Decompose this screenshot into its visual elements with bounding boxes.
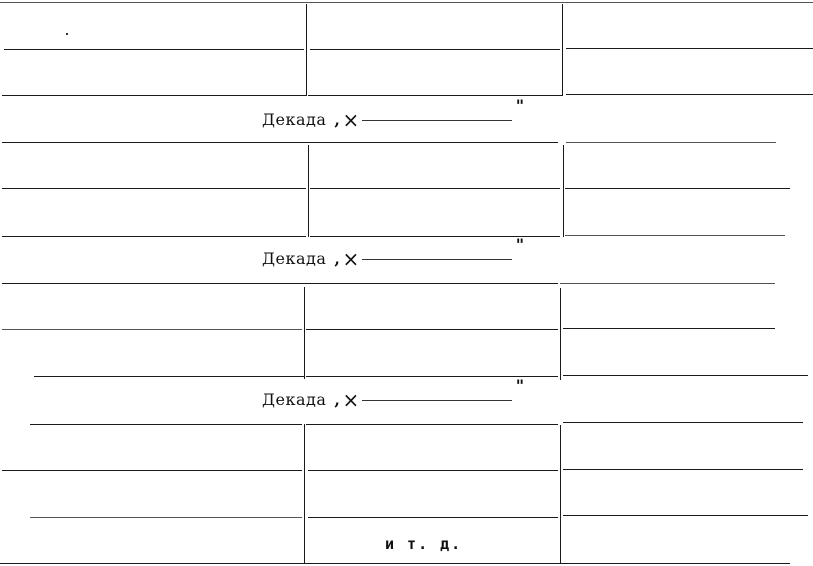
table-rule: [563, 422, 803, 423]
table-rule: [0, 2, 813, 3]
table-rule: [565, 188, 790, 189]
table-rule: [2, 142, 558, 143]
table-rule: [306, 329, 558, 330]
table-rule: [563, 375, 808, 376]
table-rule: [563, 515, 808, 516]
table-rule: [565, 235, 785, 236]
column-divider: [562, 4, 563, 96]
decade-blank-field[interactable]: [362, 259, 512, 260]
column-divider: [560, 288, 561, 380]
table-rule: [2, 188, 306, 189]
cross-mark-icon: ×: [342, 111, 359, 129]
close-quote: ": [516, 235, 525, 254]
cross-mark-icon: ×: [342, 391, 359, 409]
table-rule: [4, 49, 304, 50]
column-divider: [304, 287, 305, 379]
table-rule: [560, 283, 775, 284]
table-rule: [566, 94, 813, 95]
open-quote: ,: [334, 249, 340, 268]
column-divider: [308, 145, 309, 237]
column-divider: [563, 145, 564, 237]
table-rule: [563, 328, 775, 329]
scan-speck: [66, 33, 68, 35]
table-rule: [0, 563, 790, 564]
cross-mark-icon: ×: [342, 250, 359, 268]
table-rule: [310, 49, 560, 50]
decade-blank-field[interactable]: [362, 120, 512, 121]
table-rule: [2, 95, 306, 96]
column-divider: [306, 4, 307, 96]
column-divider: [560, 425, 561, 563]
decade-label: Декада: [262, 110, 326, 129]
decade-header: Декада , × ": [262, 390, 525, 409]
table-rule: [310, 188, 560, 189]
decade-label: Декада: [262, 390, 326, 409]
table-rule: [308, 517, 558, 518]
table-rule: [30, 424, 302, 425]
table-rule: [566, 142, 776, 143]
continuation-note: и т. д.: [385, 535, 462, 553]
table-rule: [563, 469, 803, 470]
table-rule: [2, 470, 302, 471]
table-rule: [308, 470, 558, 471]
table-rule: [2, 329, 302, 330]
open-quote: ,: [334, 110, 340, 129]
table-rule: [566, 48, 813, 49]
table-rule: [30, 517, 302, 518]
open-quote: ,: [334, 390, 340, 409]
decade-blank-field[interactable]: [362, 400, 512, 401]
table-rule: [2, 283, 558, 284]
table-rule: [2, 236, 306, 237]
table-rule: [34, 376, 304, 377]
table-rule: [306, 424, 558, 425]
decade-header: Декада , × ": [262, 110, 525, 129]
decade-header: Декада , × ": [262, 249, 525, 268]
decade-label: Декада: [262, 249, 326, 268]
column-divider: [304, 424, 305, 564]
close-quote: ": [516, 376, 525, 395]
close-quote: ": [516, 96, 525, 115]
